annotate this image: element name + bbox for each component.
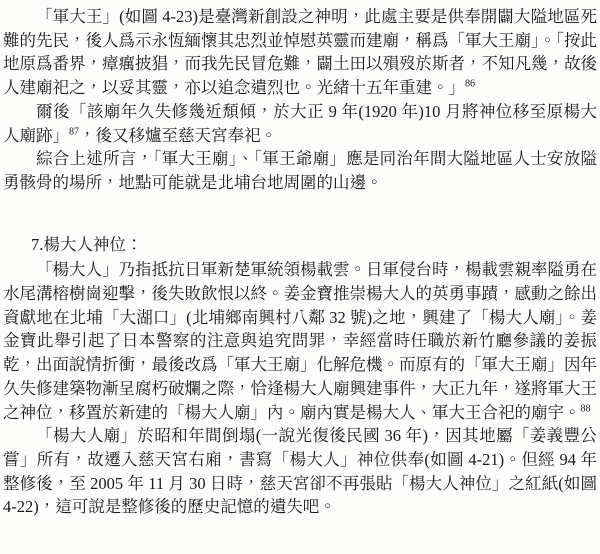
paragraph: 爾後「該廟年久失修幾近頹傾，於大正 9 年(1920 年)10 月將神位移至原楊… <box>3 100 597 147</box>
paragraph-text: 「軍大王」(如圖 4-23)是臺灣新創設之神明，此處主要是供奉開闢大隘地區死難的… <box>3 7 597 97</box>
paragraph-text: ，後又移爐至慈天宮奉祀。 <box>79 126 277 145</box>
paragraph-text: 綜合上述所言，「軍大王廟」、「軍王爺廟」應是同治年間大隘地區人士安放隘勇骸骨的場… <box>3 149 597 192</box>
footnote-ref: 86 <box>465 79 475 90</box>
footnote-ref: 87 <box>69 126 79 137</box>
paragraph-text: 7.楊大人神位： <box>31 235 142 254</box>
paragraph-text: 「楊大人」乃指抵抗日軍新楚軍統領楊載雲。日軍侵台時，楊載雲親率隘勇在水尾溝榕樹崗… <box>3 260 597 421</box>
document-page: 「軍大王」(如圖 4-23)是臺灣新創設之神明，此處主要是供奉開闢大隘地區死難的… <box>0 0 600 554</box>
paragraph: 「楊大人廟」於昭和年間倒塌(一說光復後民國 36 年)，因其地屬「姜義豐公嘗」所… <box>3 424 597 519</box>
footnote-ref: 88 <box>581 403 591 414</box>
section-heading: 7.楊大人神位： <box>3 233 597 257</box>
paragraph: 綜合上述所言，「軍大王廟」、「軍王爺廟」應是同治年間大隘地區人士安放隘勇骸骨的場… <box>3 147 597 194</box>
paragraph-text: 「楊大人廟」於昭和年間倒塌(一說光復後民國 36 年)，因其地屬「姜義豐公嘗」所… <box>3 426 597 516</box>
paragraph: 「楊大人」乃指抵抗日軍新楚軍統領楊載雲。日軍侵台時，楊載雲親率隘勇在水尾溝榕樹崗… <box>3 258 597 424</box>
paragraph: 「軍大王」(如圖 4-23)是臺灣新創設之神明，此處主要是供奉開闢大隘地區死難的… <box>3 5 597 100</box>
